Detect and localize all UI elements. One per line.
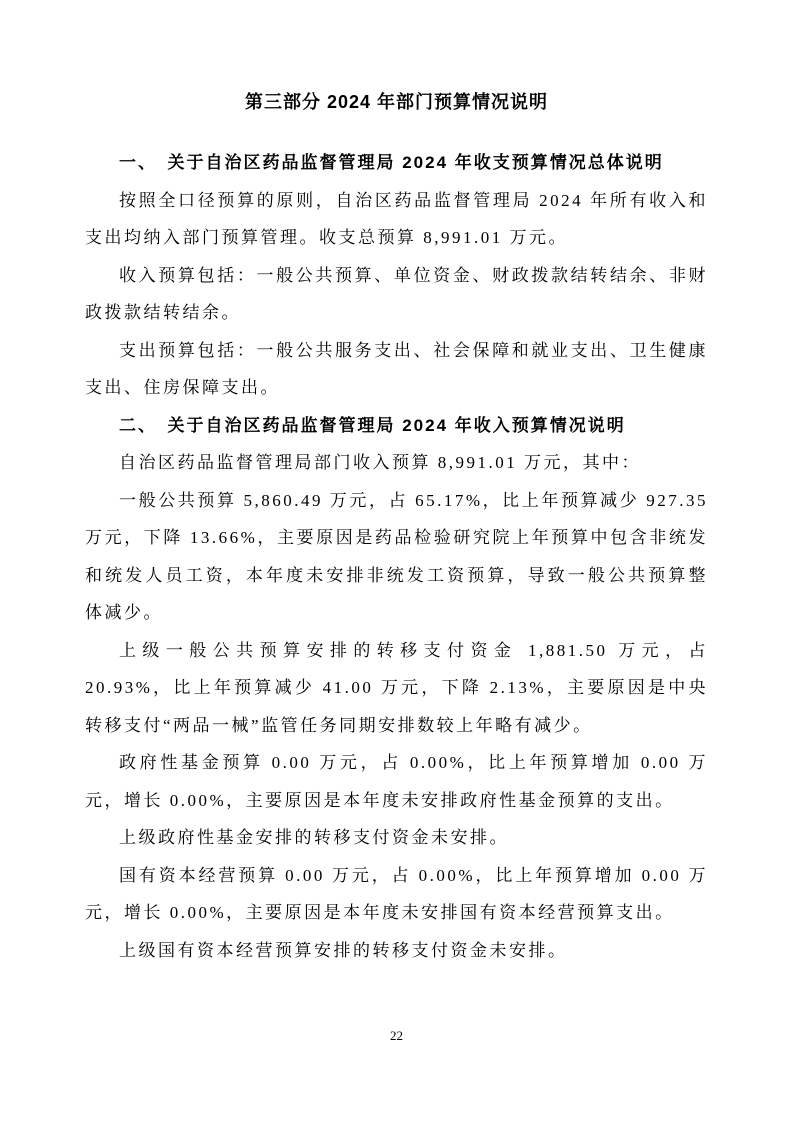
paragraph-total-budget-overview: 按照全口径预算的原则，自治区药品监督管理局 2024 年所有收入和支出均纳入部门… — [85, 182, 708, 257]
paragraph-revenue-budget-includes: 收入预算包括：一般公共预算、单位资金、财政拨款结转结余、非财政拨款结转结余。 — [85, 257, 708, 332]
paragraph-state-capital-transfer: 上级国有资本经营预算安排的转移支付资金未安排。 — [85, 932, 708, 970]
page-number: 22 — [0, 1028, 793, 1044]
paragraph-government-fund-budget: 政府性基金预算 0.00 万元，占 0.00%，比上年预算增加 0.00 万元，… — [85, 744, 708, 819]
paragraph-general-public-budget: 一般公共预算 5,860.49 万元，占 65.17%，比上年预算减少 927.… — [85, 482, 708, 632]
document-page: 第三部分 2024 年部门预算情况说明 一、 关于自治区药品监督管理局 2024… — [0, 0, 793, 1122]
section-1-heading: 一、 关于自治区药品监督管理局 2024 年收支预算情况总体说明 — [85, 144, 708, 182]
paragraph-department-revenue-total: 自治区药品监督管理局部门收入预算 8,991.01 万元，其中： — [85, 444, 708, 482]
paragraph-state-capital-budget: 国有资本经营预算 0.00 万元，占 0.00%，比上年预算增加 0.00 万元… — [85, 857, 708, 932]
page-title: 第三部分 2024 年部门预算情况说明 — [85, 88, 708, 116]
document-content: 第三部分 2024 年部门预算情况说明 一、 关于自治区药品监督管理局 2024… — [0, 0, 793, 969]
paragraph-transfer-payment-funds: 上级一般公共预算安排的转移支付资金 1,881.50 万元，占 20.93%，比… — [85, 632, 708, 745]
paragraph-government-fund-transfer: 上级政府性基金安排的转移支付资金未安排。 — [85, 819, 708, 857]
paragraph-expenditure-budget-includes: 支出预算包括：一般公共服务支出、社会保障和就业支出、卫生健康支出、住房保障支出。 — [85, 332, 708, 407]
section-2-heading: 二、 关于自治区药品监督管理局 2024 年收入预算情况说明 — [85, 407, 708, 445]
